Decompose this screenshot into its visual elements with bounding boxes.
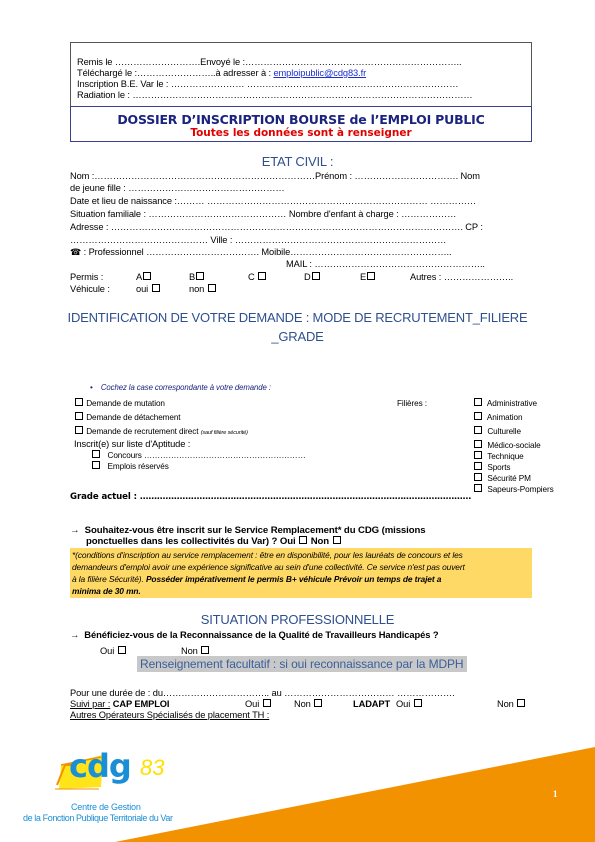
grade-actuel-field[interactable]: Grade actuel : …………………………………………………………………… [70,492,471,503]
filiere-label: Animation [487,413,523,422]
checkbox[interactable] [75,398,83,406]
checkbox[interactable] [258,272,266,280]
checkbox[interactable] [517,699,525,707]
permis-row: Permis : A B C D E Autres : ………………….. [70,272,540,283]
filiere-label: Technique [487,452,523,461]
mail-field[interactable]: MAIL : ……………………………………………….. [286,259,485,270]
checkbox[interactable] [75,412,83,420]
remplacement-question: → Souhaitez-vous être inscrit sur le Ser… [70,525,426,536]
checkbox[interactable] [314,699,322,707]
etat-civil-heading: ETAT CIVIL : [0,154,595,169]
filiere-option[interactable]: Médico-sociale [473,440,541,451]
checkbox[interactable] [474,462,482,470]
suivi-label: Suivi par : [70,699,110,709]
checkbox[interactable] [367,272,375,280]
checkbox[interactable] [474,426,482,434]
filiere-option[interactable]: Technique [473,451,524,462]
vehicule-non[interactable]: non [189,284,217,295]
permis-b[interactable]: B [189,272,205,283]
ladapt-label: LADAPT [353,699,390,710]
telecharge-label: Téléchargé le :……………………..à adresser à : [77,68,273,78]
remplacement-non-checkbox[interactable] [333,536,341,544]
logo-text: cdg [69,747,131,785]
vehicule-label: Véhicule : [70,284,110,294]
ville-field[interactable]: ……………………………………… Ville : …………………………………………… [70,235,446,246]
direct-note: (sauf filière sécurité) [201,430,248,436]
naissance-field[interactable]: Date et lieu de naissance :……… ………………………… [70,196,476,207]
radiation-line: Radiation le : …………………………………………………………………… [77,90,473,101]
instruction-text: • Cochez la case correspondante à votre … [90,382,271,393]
checkbox[interactable] [474,473,482,481]
aptitude-label: Inscrit(e) sur liste d'Aptitude : [74,439,190,450]
checkbox[interactable] [474,451,482,459]
adresse-field[interactable]: Adresse : ………………………………………………………………………………… [70,222,483,233]
rqth-question: → Bénéficiez-vous de la Reconnaissance d… [70,629,439,640]
permis-label: Permis : [70,272,103,282]
registration-info-box: Remis le ……………………….Envoyé le :…………………………… [70,42,532,106]
duree-field[interactable]: Pour une durée de : du…………………………….. au …… [70,688,455,699]
nom-jeune-fille-field[interactable]: de jeune fille : …………………………………………… [70,183,285,194]
arrow-icon: → [70,525,80,536]
filiere-option[interactable]: Sports [473,462,510,473]
permis-e[interactable]: E [360,272,376,283]
note-line: à la filière Sécurité). Posséder impérat… [72,573,441,585]
checkbox[interactable] [143,272,151,280]
vehicule-oui[interactable]: oui [136,284,161,295]
bullet-icon: • [90,383,93,392]
aptitude-concours[interactable]: Concours …………………………………………………… [91,450,306,461]
checkbox[interactable] [92,461,100,469]
permis-c[interactable]: C [248,272,267,283]
checkbox[interactable] [201,646,209,654]
note-line: minima de 30 mn. [72,585,141,597]
remplacement-question-2: ponctuelles dans les collectivités du Va… [86,536,342,547]
ladapt-non[interactable]: Non [497,699,526,710]
filiere-option[interactable]: Culturelle [473,426,521,437]
cap-emploi-oui[interactable]: Oui [245,699,272,710]
permis-a[interactable]: A [136,272,152,283]
note-line: demandeurs d'emploi avoir une expérience… [72,561,465,573]
filieres-label: Filières : [397,398,427,409]
title-box: DOSSIER D’INSCRIPTION BOURSE de l’EMPLOI… [70,106,532,142]
identification-heading-2: _GRADE [0,329,595,344]
facultatif-note: Renseignement facultatif : si oui reconn… [137,659,467,671]
remplacement-oui-checkbox[interactable] [299,536,307,544]
permis-d[interactable]: D [304,272,321,283]
filiere-label: Médico-sociale [487,441,540,450]
cdg83-logo: cdg 83 [55,753,165,793]
checkbox[interactable] [263,699,271,707]
checkbox[interactable] [75,426,83,434]
demande-detachement[interactable]: Demande de détachement [74,412,180,423]
checkbox[interactable] [474,398,482,406]
checkbox[interactable] [118,646,126,654]
nom-field[interactable]: Nom :………………………………………………………………Prénom : ……… [70,171,480,182]
checkbox[interactable] [474,412,482,420]
filiere-label: Administrative [487,399,537,408]
logo-line-1: Centre de Gestion [71,802,141,812]
situation-familiale-field[interactable]: Situation familiale : ……………………………………… No… [70,209,456,220]
aptitude-emplois-reserves[interactable]: Emplois réservés [91,461,169,472]
permis-autres-field[interactable]: Autres : ………………….. [410,272,513,283]
logo-line-2: de la Fonction Publique Territoriale du … [23,813,173,823]
situation-heading: SITUATION PROFESSIONNELLE [0,612,595,627]
telephone-field[interactable]: ☎ : Professionnel ………………………………. Moibile…… [70,247,451,258]
checkbox[interactable] [474,440,482,448]
filiere-label: Sports [487,463,510,472]
checkbox[interactable] [152,284,160,292]
telephone-label: : Professionnel ………………………………. Moibile………… [81,247,451,257]
demande-mutation[interactable]: Demande de mutation [74,398,165,409]
vehicule-row: Véhicule : oui non [70,284,370,295]
filiere-option[interactable]: Sécurité PM [473,473,531,484]
identification-heading-1: IDENTIFICATION DE VOTRE DEMANDE : MODE D… [0,310,595,325]
filiere-label: Sécurité PM [487,474,531,483]
checkbox[interactable] [312,272,320,280]
email-link[interactable]: emploipublic@cdg83.fr [273,68,366,78]
page-number: 1 [553,789,558,799]
filiere-label: Sapeurs-Pompiers [487,485,553,494]
checkbox[interactable] [208,284,216,292]
demande-recrutement-direct[interactable]: Demande de recrutement direct (sauf fili… [74,426,248,439]
page-subtitle: Toutes les données sont à renseigner [71,127,531,139]
cap-emploi-non[interactable]: Non [294,699,323,710]
arrow-icon: → [70,629,79,640]
page-title: DOSSIER D’INSCRIPTION BOURSE de l’EMPLOI… [71,112,531,127]
telecharge-line: Téléchargé le :……………………..à adresser à : … [77,68,366,79]
checkbox[interactable] [474,484,482,492]
checkbox[interactable] [92,450,100,458]
cap-emploi-label: CAP EMPLOI [113,699,170,709]
phone-icon: ☎ [70,247,81,257]
ladapt-oui[interactable]: Oui [396,699,423,710]
filiere-label: Culturelle [487,427,521,436]
suivi-row: Suivi par : CAP EMPLOI Oui Non LADAPT Ou… [70,699,540,710]
filiere-option[interactable]: Animation [473,412,522,423]
inscription-line: Inscription B.E. Var le : …………………… ……………… [77,79,458,90]
logo-number: 83 [140,755,164,781]
note-line: *(conditions d'inscription au service re… [72,549,463,561]
checkbox[interactable] [414,699,422,707]
remplacement-note: *(conditions d'inscription au service re… [70,548,532,598]
rqth-oui[interactable]: Oui [100,646,127,657]
checkbox[interactable] [196,272,204,280]
filiere-option[interactable]: Administrative [473,398,537,409]
remis-line: Remis le ……………………….Envoyé le :…………………………… [77,57,462,68]
filiere-option[interactable]: Sapeurs-Pompiers [473,484,554,495]
